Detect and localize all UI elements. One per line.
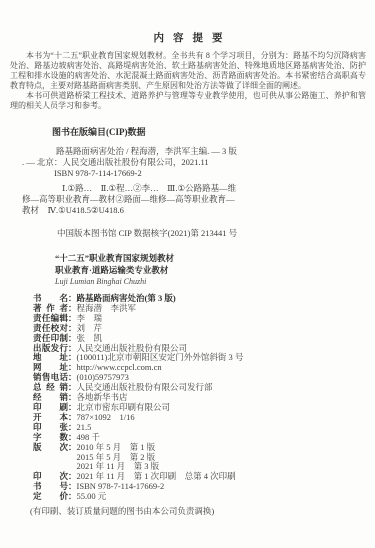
colophon-row-colon: ： bbox=[68, 492, 77, 502]
cip-publisher-line: . — 北京：人民交通出版社股份有限公司，2021.11 bbox=[22, 157, 260, 168]
content-summary-section: 内容提要 本书为“十二五”职业教育国家规划教材。全书共有 8 个学习项目，分别为… bbox=[0, 30, 375, 111]
colophon-row-label: 版次 bbox=[33, 443, 68, 453]
colophon-row-colon: ： bbox=[68, 443, 77, 453]
content-summary-paragraph-2: 本书可供道路桥梁工程技术、道路养护与管理等专业教学使用，也可供从事公路施工、养护… bbox=[10, 91, 366, 111]
colophon-row-value: 21.5 bbox=[77, 423, 375, 433]
cip-classification-line-3: 教材 Ⅳ.①U418.5②U418.6 bbox=[22, 205, 260, 216]
cip-isbn-line: ISBN 978-7-114-17669-2 bbox=[22, 168, 260, 179]
colophon-row-label: 定价 bbox=[33, 492, 68, 502]
colophon-row-value: 程海潜 李洪军 bbox=[77, 304, 375, 314]
colophon-row-value: 刘 芹 bbox=[77, 324, 375, 334]
cip-heading: 图书在版编目(CIP)数据 bbox=[52, 125, 260, 138]
copyright-page: 内容提要 本书为“十二五”职业教育国家规划教材。全书共有 8 个学习项目，分别为… bbox=[0, 0, 375, 548]
colophon-row-value: 55.00 元 bbox=[77, 492, 375, 502]
cip-classification-line-1: Ⅰ.①路… Ⅱ.①程…②李… Ⅲ.①公路路基—维 bbox=[22, 183, 260, 194]
cip-record-number: 中国版本图书馆 CIP 数据核字(2021)第 213441 号 bbox=[57, 228, 260, 239]
quality-exchange-note: (有印刷、装订质量问题的图书由本公司负责调换) bbox=[30, 506, 375, 517]
colophon-row-value: 2010 年 5 月 第 1 版 2015 年 5 月 第 2 版 2021 年… bbox=[77, 443, 375, 473]
colophon-row: 定价：55.00 元 bbox=[33, 492, 375, 502]
cip-classification-line-2: 修—高等职业教育—教材②路面—维修—高等职业教育— bbox=[22, 194, 260, 205]
book-title-pinyin: Luji Lumian Binghai Chuzhi bbox=[55, 276, 375, 287]
colophon-section: 书名：路基路面病害处治(第 3 版) 著作者：程海潜 李洪军 责任编辑：李 瑞 … bbox=[33, 294, 375, 502]
colophon-row: 版次：2010 年 5 月 第 1 版 2015 年 5 月 第 2 版 202… bbox=[33, 443, 375, 473]
series-info-section: “十二五”职业教育国家规划教材 职业教育·道路运输类专业教材 Luji Lumi… bbox=[55, 253, 375, 287]
content-summary-paragraph-1: 本书为“十二五”职业教育国家规划教材。全书共有 8 个学习项目，分别为：路基不均… bbox=[10, 51, 366, 91]
colophon-row-value: 787×1092 1/16 bbox=[77, 413, 375, 423]
series-title-line-1: “十二五”职业教育国家规划教材 bbox=[55, 253, 375, 265]
cip-data-section: 图书在版编目(CIP)数据 路基路面病害处治 / 程海潜，李洪军主编. — 3 … bbox=[22, 125, 260, 239]
colophon-row-value: 李 瑞 bbox=[77, 314, 375, 324]
content-summary-title: 内容提要 bbox=[10, 30, 366, 45]
series-title-line-2: 职业教育·道路运输类专业教材 bbox=[55, 265, 375, 277]
colophon-row-value: ISBN 978-7-114-17669-2 bbox=[77, 482, 375, 492]
cip-title-statement-line: 路基路面病害处治 / 程海潜，李洪军主编. — 3 版 bbox=[22, 146, 260, 157]
